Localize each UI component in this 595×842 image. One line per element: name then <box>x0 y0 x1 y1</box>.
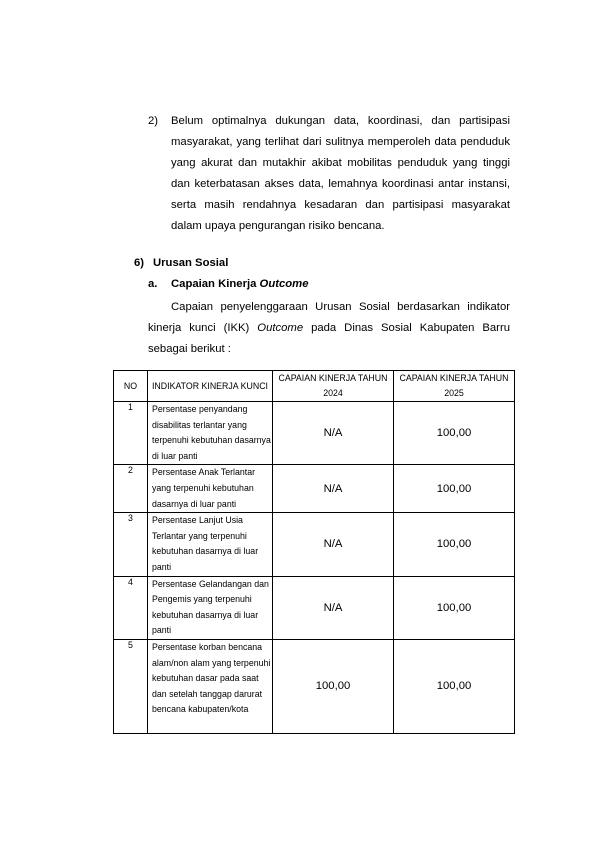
row-2025: 100,00 <box>394 465 515 513</box>
row-2025: 100,00 <box>394 639 515 733</box>
subsection-title-italic: Outcome <box>260 278 309 290</box>
table-row: 1Persentase penyandang disabilitas terla… <box>114 402 515 465</box>
row-no: 1 <box>114 402 148 465</box>
table-row: 2Persentase Anak Terlantar yang terpenuh… <box>114 465 515 513</box>
row-2024: N/A <box>273 576 394 639</box>
header-2025: CAPAIAN KINERJA TAHUN 2025 <box>394 371 515 402</box>
header-no: NO <box>114 371 148 402</box>
subsection-heading: a.Capaian Kinerja Outcome <box>148 278 309 290</box>
header-2024: CAPAIAN KINERJA TAHUN 2024 <box>273 371 394 402</box>
list-item-2: 2) Belum optimalnya dukungan data, koord… <box>148 111 510 237</box>
row-2024: 100,00 <box>273 639 394 733</box>
section-title: Urusan Sosial <box>153 257 228 269</box>
row-2025: 100,00 <box>394 513 515 576</box>
row-indicator: Persentase Anak Terlantar yang terpenuhi… <box>148 465 273 513</box>
subsection-number: a. <box>148 278 171 290</box>
table-row: 4Persentase Gelandangan dan Pengemis yan… <box>114 576 515 639</box>
row-no: 3 <box>114 513 148 576</box>
row-indicator: Persentase korban bencana alam/non alam … <box>148 639 273 733</box>
intro-paragraph: Capaian penyelenggaraan Urusan Sosial be… <box>148 297 510 360</box>
row-indicator: Persentase penyandang disabilitas terlan… <box>148 402 273 465</box>
list-item-text: Belum optimalnya dukungan data, koordina… <box>171 111 510 237</box>
table-header-row: NO INDIKATOR KINERJA KUNCI CAPAIAN KINER… <box>114 371 515 402</box>
table-row: 3Persentase Lanjut Usia Terlantar yang t… <box>114 513 515 576</box>
row-2025: 100,00 <box>394 402 515 465</box>
section-heading: 6)Urusan Sosial <box>134 257 228 269</box>
row-no: 5 <box>114 639 148 733</box>
ikk-table: NO INDIKATOR KINERJA KUNCI CAPAIAN KINER… <box>113 370 515 734</box>
subsection-title: Capaian Kinerja <box>171 278 260 290</box>
row-2025: 100,00 <box>394 576 515 639</box>
row-no: 4 <box>114 576 148 639</box>
section-number: 6) <box>134 257 153 269</box>
list-item-number: 2) <box>148 111 158 132</box>
row-indicator: Persentase Lanjut Usia Terlantar yang te… <box>148 513 273 576</box>
header-indicator: INDIKATOR KINERJA KUNCI <box>148 371 273 402</box>
row-2024: N/A <box>273 513 394 576</box>
row-2024: N/A <box>273 402 394 465</box>
row-indicator: Persentase Gelandangan dan Pengemis yang… <box>148 576 273 639</box>
row-no: 2 <box>114 465 148 513</box>
row-2024: N/A <box>273 465 394 513</box>
table-row: 5Persentase korban bencana alam/non alam… <box>114 639 515 733</box>
document-page: 2) Belum optimalnya dukungan data, koord… <box>0 0 595 842</box>
